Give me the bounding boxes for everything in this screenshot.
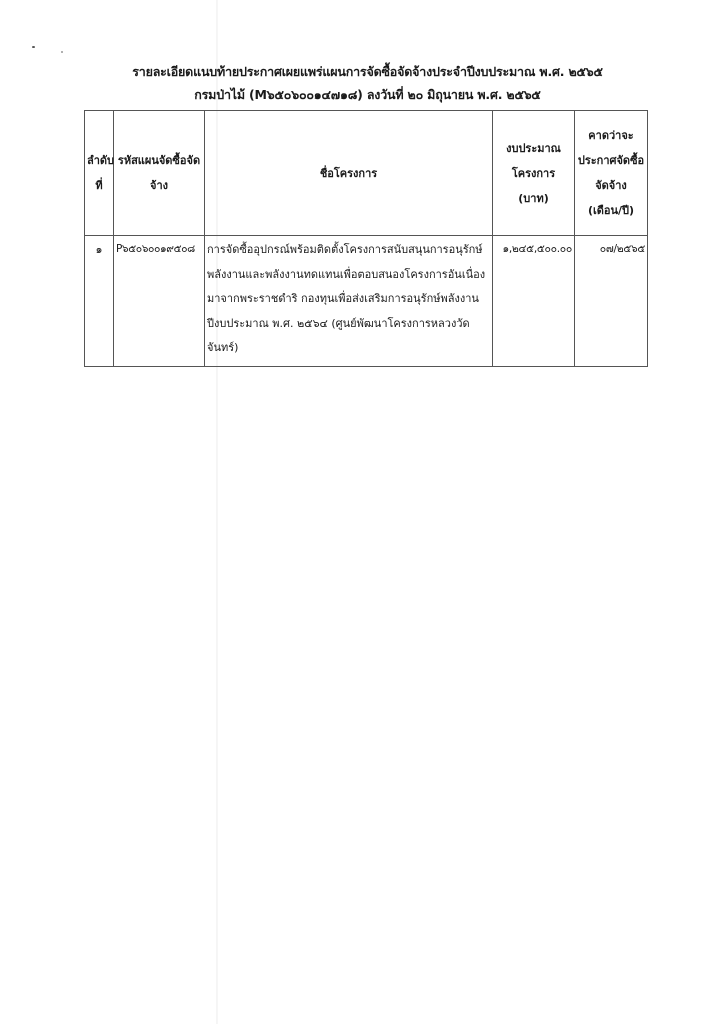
document-title: รายละเอียดแนบท้ายประกาศเผยแพร่แผนการจัดซ… (4, 62, 727, 82)
cell-plan-code: P๖๕๐๖๐๐๑๙๕๐๘ (114, 236, 205, 367)
header-project-name: ชื่อโครงการ (205, 111, 493, 236)
scan-speck (32, 46, 35, 48)
cell-budget: ๑,๒๔๕,๕๐๐.๐๐ (493, 236, 575, 367)
table-row: ๑ P๖๕๐๖๐๐๑๙๕๐๘ การจัดซื้ออุปกรณ์พร้อมติด… (85, 236, 648, 367)
procurement-plan-table: ลำดับที่ รหัสแผนจัดซื้อจัดจ้าง ชื่อโครงก… (84, 110, 648, 367)
table-header-row: ลำดับที่ รหัสแผนจัดซื้อจัดจ้าง ชื่อโครงก… (85, 111, 648, 236)
header-expected-announce: คาดว่าจะประกาศจัดซื้อจัดจ้าง (เดือน/ปี) (575, 111, 648, 236)
cell-expected-announce: ๐๗/๒๕๖๕ (575, 236, 648, 367)
header-budget: งบประมาณโครงการ (บาท) (493, 111, 575, 236)
header-plan-code: รหัสแผนจัดซื้อจัดจ้าง (114, 111, 205, 236)
header-seq: ลำดับที่ (85, 111, 114, 236)
document-subtitle: กรมป่าไม้ (M๖๕๐๖๐๐๑๔๗๑๘) ลงวันที่ ๒๐ มิถ… (4, 85, 727, 105)
cell-project-name: การจัดซื้ออุปกรณ์พร้อมติดตั้งโครงการสนับ… (205, 236, 493, 367)
scan-speck (61, 51, 63, 53)
cell-seq: ๑ (85, 236, 114, 367)
